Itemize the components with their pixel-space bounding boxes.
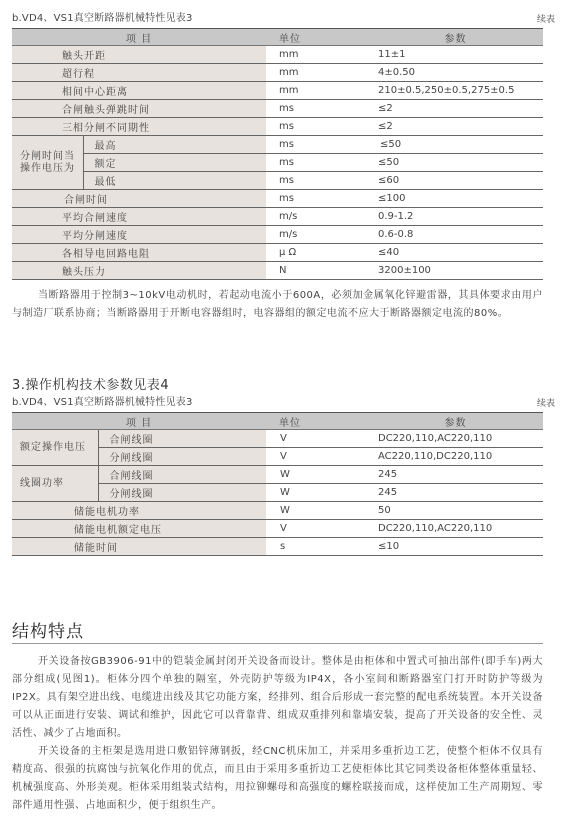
- row-param: 245: [368, 484, 543, 502]
- row-param: ≤50: [368, 154, 543, 172]
- row-unit: mm: [266, 82, 368, 100]
- table-row: 超行程 mm 4±0.50: [12, 64, 543, 82]
- row-subitem: 合闸线圈: [98, 466, 266, 484]
- table-row: 触头压力 N 3200±100: [12, 262, 543, 280]
- row-unit: ms: [266, 100, 368, 118]
- table-row: 储能时间 s ≤10: [12, 538, 543, 556]
- row-unit: ms: [266, 154, 368, 172]
- header-item: 项 目: [12, 29, 266, 46]
- row-item: 三相分闸不同期性: [12, 118, 266, 136]
- row-unit: m/s: [266, 208, 368, 226]
- row-unit: V: [266, 430, 368, 448]
- table4-caption-row: b.VD4、VS1真空断路器机械特性见表3 续表: [12, 393, 543, 409]
- header-item: 项 目: [12, 413, 266, 430]
- circuit-breaker-note: 当断路器用于控制3~10kV电动机时，若起动电流小于600A，必须加金属氧化锌避…: [12, 287, 543, 323]
- row-param: 210±0.5,250±0.5,275±0.5: [368, 82, 543, 100]
- table3-continued-label: 续表: [537, 12, 555, 25]
- table-row: 触头开距 mm 11±1: [12, 46, 543, 64]
- table3-caption-row: b.VD4、VS1真空断路器机械特性见表3 续表: [12, 9, 543, 25]
- row-item: 储能时间: [12, 538, 266, 556]
- row-param: ≤40: [368, 244, 543, 262]
- header-unit: 单位: [266, 29, 368, 46]
- row-item: 触头开距: [12, 46, 266, 64]
- table-row: 储能电机额定电压 V DC220,110,AC220,110: [12, 520, 543, 538]
- row-unit: W: [266, 466, 368, 484]
- group-label-rated-voltage: 额定操作电压: [12, 430, 98, 466]
- structure-paragraph: 开关设备的主柜架是选用进口敷铝锌薄钢扳，经CNC机床加工，并采用多重折边工艺，使…: [12, 743, 543, 815]
- structure-section-title: 结构特点: [12, 617, 84, 642]
- table4-caption: b.VD4、VS1真空断路器机械特性见表3: [12, 393, 193, 408]
- structure-body: 开关设备按GB3906-91中的铠装金属封闭开关设备而设计。整体是由柜体和中置式…: [12, 653, 543, 815]
- row-param: 3200±100: [368, 262, 543, 280]
- row-subitem: 最高: [83, 136, 266, 154]
- row-param: 0.9-1.2: [368, 208, 543, 226]
- table4-operating-mechanism: 项 目 单位 参数 额定操作电压 合闸线圈 V DC220,110,AC220,…: [12, 412, 543, 556]
- table-row: 额定 ms ≤50: [12, 154, 543, 172]
- row-param: 245: [368, 466, 543, 484]
- row-unit: W: [266, 484, 368, 502]
- row-subitem: 分闸线圈: [98, 484, 266, 502]
- section-divider: [12, 643, 543, 644]
- row-param: 11±1: [368, 46, 543, 64]
- row-param: ≤2: [368, 118, 543, 136]
- header-param: 参数: [368, 413, 543, 430]
- row-unit: ms: [266, 172, 368, 190]
- row-unit: V: [266, 520, 368, 538]
- table-row: 平均合闸速度 m/s 0.9-1.2: [12, 208, 543, 226]
- row-unit: s: [266, 538, 368, 556]
- group-label-opening-time: 分闸时间当 操作电压为: [12, 136, 83, 190]
- table-row: 最低 ms ≤60: [12, 172, 543, 190]
- row-unit: N: [266, 262, 368, 280]
- row-param: 50: [368, 502, 543, 520]
- table3-mechanical-characteristics: 项 目 单位 参数 触头开距 mm 11±1 超行程 mm 4±0.50 相间中…: [12, 28, 543, 280]
- table-row: 三相分闸不同期性 ms ≤2: [12, 118, 543, 136]
- row-param: DC220,110,AC220,110: [368, 520, 543, 538]
- row-unit: μ Ω: [266, 244, 368, 262]
- row-subitem: 额定: [83, 154, 266, 172]
- row-param: 0.6-0.8: [368, 226, 543, 244]
- header-param: 参数: [368, 29, 543, 46]
- table-row: 线圈功率 合闸线圈 W 245: [12, 466, 543, 484]
- row-item: 各相导电回路电阻: [12, 244, 266, 262]
- row-param: ≤2: [368, 100, 543, 118]
- row-param: 4±0.50: [368, 64, 543, 82]
- row-item: 储能电机额定电压: [12, 520, 266, 538]
- row-item: 相间中心距离: [12, 82, 266, 100]
- table-row: 相间中心距离 mm 210±0.5,250±0.5,275±0.5: [12, 82, 543, 100]
- row-param: ≤10: [368, 538, 543, 556]
- section3-title: 3.操作机构技术参数见表4: [12, 374, 169, 393]
- row-unit: m/s: [266, 226, 368, 244]
- table-row: 分闸时间当 操作电压为 最高 ms ≤50: [12, 136, 543, 154]
- row-item: 平均合闸速度: [12, 208, 266, 226]
- table-header-row: 项 目 单位 参数: [12, 413, 543, 430]
- row-param: ≤100: [368, 190, 543, 208]
- row-subitem: 最低: [83, 172, 266, 190]
- row-unit: ms: [266, 118, 368, 136]
- header-unit: 单位: [266, 413, 368, 430]
- row-unit: W: [266, 502, 368, 520]
- row-param: AC220,110,DC220,110: [368, 448, 543, 466]
- table-row: 各相导电回路电阻 μ Ω ≤40: [12, 244, 543, 262]
- row-unit: mm: [266, 64, 368, 82]
- table-row: 储能电机功率 W 50: [12, 502, 543, 520]
- table-row: 合闸时间 ms ≤100: [12, 190, 543, 208]
- row-item: 储能电机功率: [12, 502, 266, 520]
- table4-continued-label: 续表: [537, 396, 555, 409]
- table-row: 平均分闸速度 m/s 0.6-0.8: [12, 226, 543, 244]
- structure-paragraph: 开关设备按GB3906-91中的铠装金属封闭开关设备而设计。整体是由柜体和中置式…: [12, 653, 543, 743]
- row-item: 触头压力: [12, 262, 266, 280]
- row-item: 合闸触头弹跳时间: [12, 100, 266, 118]
- row-subitem: 合闸线圈: [98, 430, 266, 448]
- table3-caption: b.VD4、VS1真空断路器机械特性见表3: [12, 9, 193, 24]
- row-unit: ms: [266, 190, 368, 208]
- row-subitem: 分闸线圈: [98, 448, 266, 466]
- table-row: 额定操作电压 合闸线圈 V DC220,110,AC220,110: [12, 430, 543, 448]
- row-unit: mm: [266, 46, 368, 64]
- row-item: 平均分闸速度: [12, 226, 266, 244]
- row-param: DC220,110,AC220,110: [368, 430, 543, 448]
- row-param: ≤50: [368, 136, 543, 154]
- row-unit: V: [266, 448, 368, 466]
- row-param: ≤60: [368, 172, 543, 190]
- row-item: 超行程: [12, 64, 266, 82]
- row-item: 合闸时间: [12, 190, 266, 208]
- table-row: 合闸触头弹跳时间 ms ≤2: [12, 100, 543, 118]
- group-label-coil-power: 线圈功率: [12, 466, 98, 502]
- row-unit: ms: [266, 136, 368, 154]
- note-paragraph: 当断路器用于控制3~10kV电动机时，若起动电流小于600A，必须加金属氧化锌避…: [12, 287, 543, 323]
- table-header-row: 项 目 单位 参数: [12, 29, 543, 46]
